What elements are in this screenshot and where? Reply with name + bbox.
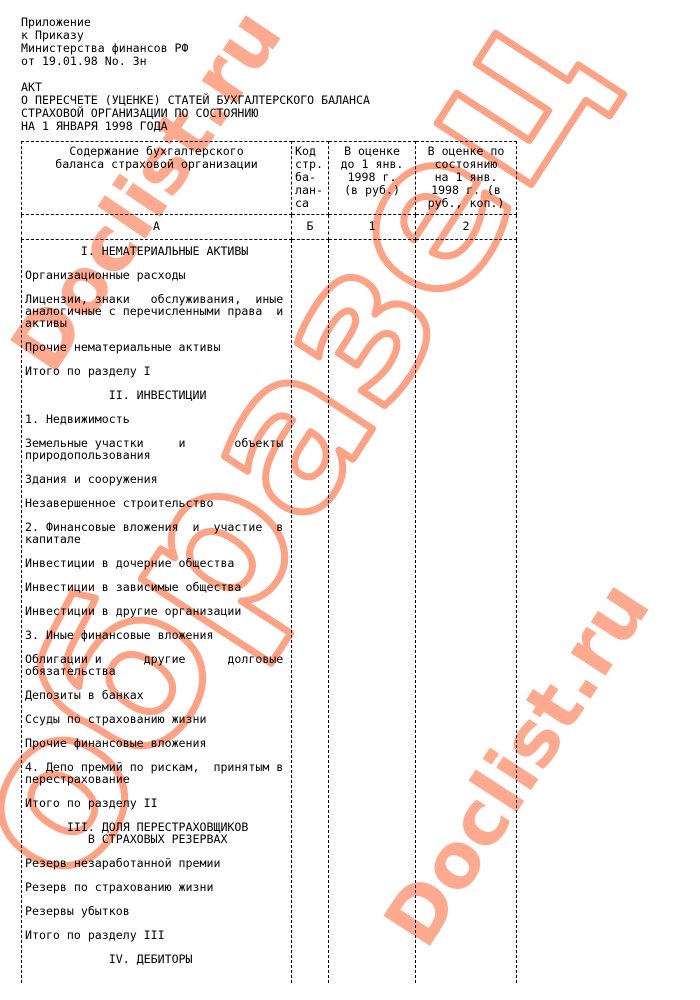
column-header-line-code: Код стр. ба- лан- са bbox=[292, 142, 329, 215]
table-code-row: А Б 1 2 bbox=[22, 215, 517, 240]
document-content: Приложение к Приказу Министерства финанс… bbox=[21, 16, 517, 983]
code-cell-2: 2 bbox=[416, 215, 517, 240]
column-header-value-before: В оценке до 1 янв. 1998 г. (в руб.) bbox=[329, 142, 416, 215]
value-before-column-empty bbox=[329, 240, 416, 984]
line-code-column-empty bbox=[292, 240, 329, 984]
table-header-row: Содержание бухгалтерского баланса страхо… bbox=[22, 142, 517, 215]
code-cell-b: Б bbox=[292, 215, 329, 240]
code-cell-1: 1 bbox=[329, 215, 416, 240]
code-cell-a: А bbox=[22, 215, 292, 240]
document-title: АКТ О ПЕРЕСЧЕТЕ (УЦЕНКЕ) СТАТЕЙ БУХГАЛТЕ… bbox=[21, 81, 517, 133]
column-header-content: Содержание бухгалтерского баланса страхо… bbox=[22, 142, 292, 215]
balance-items-list: I. НЕМАТЕРИАЛЬНЫЕ АКТИВЫ Организационные… bbox=[22, 240, 292, 984]
document-page: Doclist.ru образец Doclist.ru Приложение… bbox=[0, 0, 700, 1000]
annex-reference: Приложение к Приказу Министерства финанс… bbox=[21, 16, 517, 68]
value-after-column-empty bbox=[416, 240, 517, 984]
column-header-value-after: В оценке по состоянию на 1 янв. 1998 г. … bbox=[416, 142, 517, 215]
table-body-row: I. НЕМАТЕРИАЛЬНЫЕ АКТИВЫ Организационные… bbox=[22, 240, 517, 984]
balance-table: Содержание бухгалтерского баланса страхо… bbox=[21, 141, 517, 983]
